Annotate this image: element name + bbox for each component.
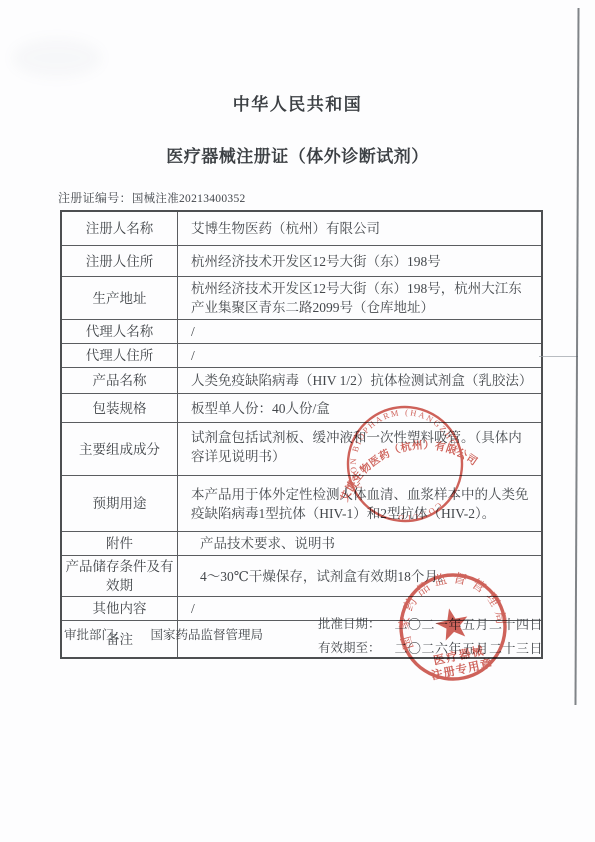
table-row: 注册人住所 杭州经济技术开发区12号大街（东）198号 (62, 245, 541, 276)
registration-number-value: 国械注准20213400352 (132, 193, 246, 205)
row-label: 产品名称 (62, 368, 178, 393)
country-title: 中华人民共和国 (0, 90, 595, 115)
row-value: 杭州经济技术开发区12号大街（东）198号，杭州大江东产业集聚区青东二路2099… (178, 277, 541, 319)
row-label: 产品储存条件及有效期 (62, 556, 178, 596)
row-label: 其他内容 (62, 597, 178, 620)
row-value: 艾博生物医药（杭州）有限公司 (178, 212, 541, 245)
row-label: 注册人名称 (62, 212, 178, 245)
table-row: 附件 产品技术要求、说明书 (62, 531, 541, 555)
valid-until-value: 二〇二六年五月二十三日 (395, 638, 544, 657)
row-value: 板型单人份：40人份/盒 (178, 394, 541, 422)
row-label: 代理人住所 (62, 344, 178, 367)
row-label: 注册人住所 (62, 246, 178, 276)
authority-stamp-line2: 注册专用章 (430, 656, 494, 683)
row-label: 预期用途 (62, 476, 178, 531)
scan-artifact-smudge (12, 38, 102, 78)
approval-department-label: 审批部门： (64, 625, 127, 643)
certificate-table: 注册人名称 艾博生物医药（杭州）有限公司 注册人住所 杭州经济技术开发区12号大… (60, 210, 543, 659)
row-value: 本产品用于体外定性检测人体血清、血浆样本中的人类免疫缺陷病毒1型抗体（HIV-1… (178, 476, 541, 531)
row-label: 代理人名称 (62, 320, 178, 343)
approval-department-value: 国家药品监督管理局 (151, 625, 264, 643)
row-value: 产品技术要求、说明书 (178, 532, 541, 555)
row-value: 杭州经济技术开发区12号大街（东）198号 (178, 246, 541, 276)
row-label: 附件 (62, 532, 178, 555)
approval-date-label: 批准日期： (318, 614, 381, 633)
row-value: / (178, 344, 541, 367)
scan-artifact-horizontal-line (539, 356, 578, 357)
valid-until-line: 有效期至： 二〇二六年五月二十三日 (318, 638, 543, 657)
valid-until-label: 有效期至： (318, 638, 381, 657)
row-label: 主要组成成分 (62, 423, 178, 475)
registration-number-line: 注册证编号：国械注准20213400352 (58, 189, 246, 206)
table-row: 主要组成成分 试剂盒包括试剂板、缓冲液和一次性塑料吸管。（具体内容详见说明书） (62, 422, 541, 475)
row-value: 4～30℃干燥保存，试剂盒有效期18个月。 (178, 556, 541, 596)
table-row: 注册人名称 艾博生物医药（杭州）有限公司 (62, 212, 541, 245)
approval-department-line: 审批部门： 国家药品监督管理局 (64, 625, 263, 643)
certificate-title: 医疗器械注册证（体外诊断试剂） (0, 142, 595, 167)
certificate-page: 中华人民共和国 医疗器械注册证（体外诊断试剂） 注册证编号：国械注准202134… (0, 0, 595, 842)
table-row: 包装规格 板型单人份：40人份/盒 (62, 393, 541, 422)
table-row: 产品名称 人类免疫缺陷病毒（HIV 1/2）抗体检测试剂盒（乳胶法） (62, 367, 541, 393)
approval-date-value: 二〇二一年五月二十四日 (395, 614, 544, 633)
table-row: 产品储存条件及有效期 4～30℃干燥保存，试剂盒有效期18个月。 (62, 555, 541, 596)
table-row: 预期用途 本产品用于体外定性检测人体血清、血浆样本中的人类免疫缺陷病毒1型抗体（… (62, 475, 541, 531)
registration-number-label: 注册证编号： (58, 191, 132, 205)
row-value: / (178, 320, 541, 343)
approval-date-line: 批准日期： 二〇二一年五月二十四日 (318, 614, 543, 633)
row-value: 试剂盒包括试剂板、缓冲液和一次性塑料吸管。（具体内容详见说明书） (178, 423, 541, 475)
row-value: 人类免疫缺陷病毒（HIV 1/2）抗体检测试剂盒（乳胶法） (178, 368, 541, 393)
table-row: 代理人名称 / (62, 319, 541, 343)
table-row: 生产地址 杭州经济技术开发区12号大街（东）198号，杭州大江东产业集聚区青东二… (62, 276, 541, 319)
table-row: 代理人住所 / (62, 343, 541, 367)
row-label: 包装规格 (62, 394, 178, 422)
row-label: 生产地址 (62, 277, 178, 319)
